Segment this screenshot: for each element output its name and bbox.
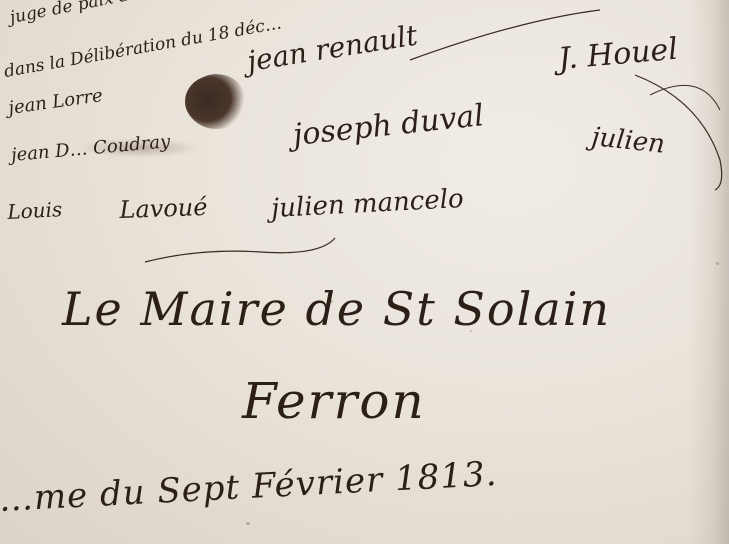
ink-blot (177, 64, 255, 140)
signature-jean-lorre: jean Lorre (7, 85, 104, 119)
signature-jean-coudray: jean D… Coudray (10, 131, 171, 166)
paper-speck (716, 262, 719, 265)
mayor-signature-ferron: Ferron (242, 372, 426, 430)
text-line-deliberation: dans la Délibération du 18 déc… (3, 13, 284, 82)
pen-flourish (400, 0, 729, 200)
signature-louis: Louis (7, 197, 63, 224)
date-line: …me du Sept Février 1813. (0, 454, 498, 520)
signature-lavoue: Lavoué (119, 193, 208, 224)
mayor-title-line: Le Maire de St Solain (62, 282, 611, 336)
text-line-juge-de-paix: juge de paix du Can… (8, 0, 197, 28)
paper-speck (246, 522, 250, 525)
pen-flourish (140, 230, 340, 270)
